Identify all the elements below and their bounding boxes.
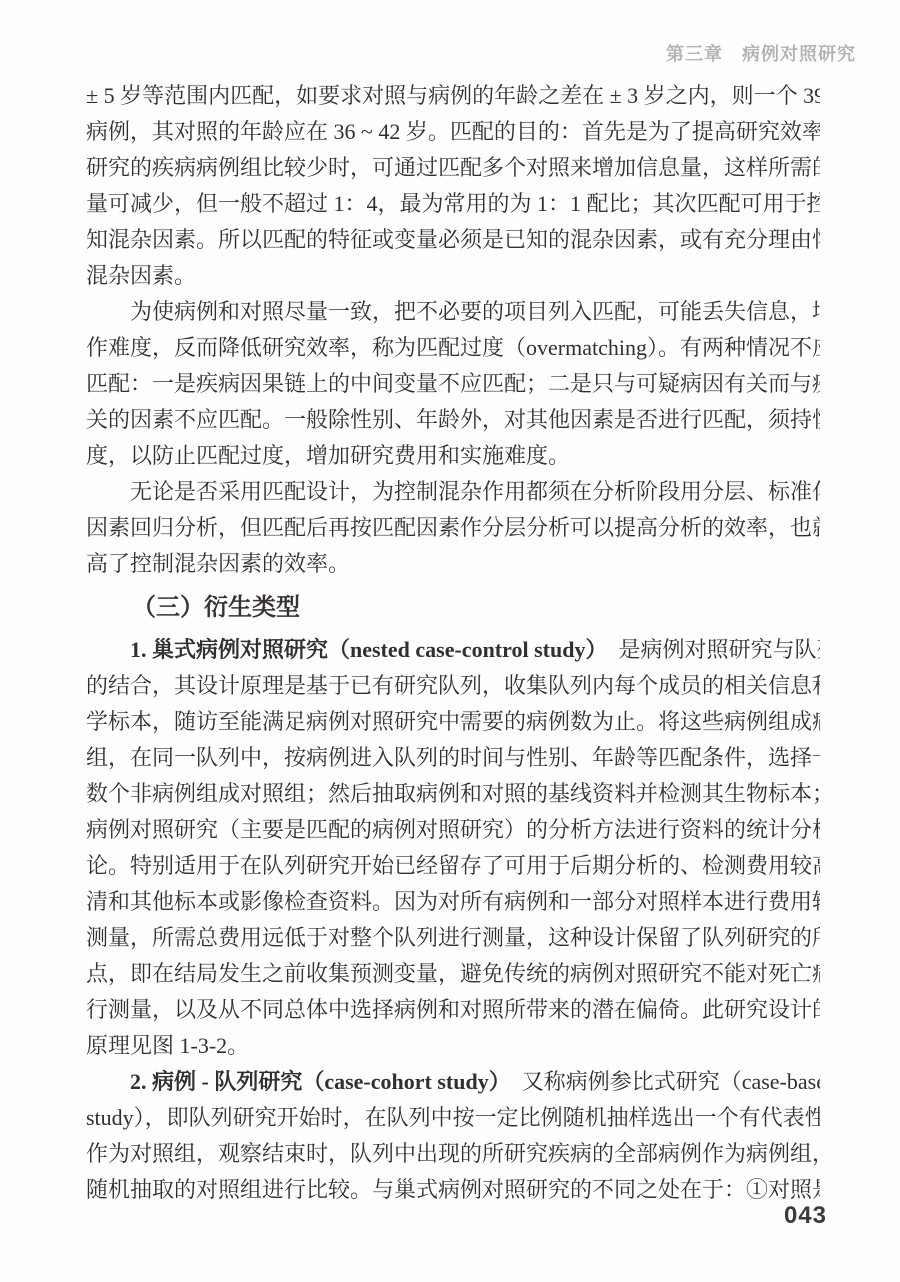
- text-line: 知混杂因素。所以匹配的特征或变量必须是已知的混杂因素，或有充分理由怀疑为: [86, 222, 820, 258]
- book-page: 第三章 病例对照研究 ± 5 岁等范围内匹配，如要求对照与病例的年龄之差在 ± …: [0, 0, 900, 1282]
- page-number: 043: [784, 1202, 827, 1230]
- text-segment: 数个非病例组成对照组；然后抽取病例和对照的基线资料并检测其生物标本；按照: [86, 781, 820, 806]
- text-segment: 原理见图 1-3-2。: [86, 1033, 249, 1058]
- text-segment: 度，以防止匹配过度，增加研究费用和实施难度。: [86, 443, 570, 468]
- text-segment: 无论是否采用匹配设计，为控制混杂作用都须在分析阶段用分层、标准化或多: [130, 479, 820, 504]
- text-segment: 作为对照组，观察结束时，队列中出现的所研究疾病的全部病例作为病例组，与上述: [86, 1141, 820, 1166]
- text-line: 量可减少，但一般不超过 1：4，最为常用的为 1：1 配比；其次匹配可用于控制已: [86, 186, 820, 222]
- text-segment: 测量，所需总费用远低于对整个队列进行测量，这种设计保留了队列研究的所有优: [86, 925, 820, 950]
- text-line: 1. 巢式病例对照研究（nested case-control study） 是…: [86, 632, 820, 668]
- text-line: 研究的疾病病例组比较少时，可通过匹配多个对照来增加信息量，这样所需的样本: [86, 150, 820, 186]
- text-line: 测量，所需总费用远低于对整个队列进行测量，这种设计保留了队列研究的所有优: [86, 920, 820, 956]
- text-line: 关的因素不应匹配。一般除性别、年龄外，对其他因素是否进行匹配，须持慎重态: [86, 402, 820, 438]
- text-line: 组，在同一队列中，按病例进入队列的时间与性别、年龄等匹配条件，选择一个或: [86, 740, 820, 776]
- text-line: 作为对照组，观察结束时，队列中出现的所研究疾病的全部病例作为病例组，与上述: [86, 1136, 820, 1172]
- paragraph: 无论是否采用匹配设计，为控制混杂作用都须在分析阶段用分层、标准化或多因素回归分析…: [86, 474, 820, 582]
- text-segment: 又称病例参比式研究（case-base reference: [500, 1069, 820, 1094]
- text-line: 原理见图 1-3-2。: [86, 1028, 820, 1064]
- text-segment: 点，即在结局发生之前收集预测变量，避免传统的病例对照研究不能对死亡病例进: [86, 961, 820, 986]
- text-segment: ± 5 岁等范围内匹配，如要求对照与病例的年龄之差在 ± 3 岁之内，则一个 3…: [86, 83, 820, 108]
- text-segment: 匹配：一是疾病因果链上的中间变量不应匹配；二是只与可疑病因有关而与疾病无: [86, 371, 820, 396]
- text-segment: 的结合，其设计原理是基于已有研究队列，收集队列内每个成员的相关信息和生物: [86, 673, 820, 698]
- text-line: 因素回归分析，但匹配后再按匹配因素作分层分析可以提高分析的效率，也就是提: [86, 510, 820, 546]
- text-line: 数个非病例组成对照组；然后抽取病例和对照的基线资料并检测其生物标本；按照: [86, 776, 820, 812]
- text-segment: 研究的疾病病例组比较少时，可通过匹配多个对照来增加信息量，这样所需的样本: [86, 155, 820, 180]
- paragraph: ± 5 岁等范围内匹配，如要求对照与病例的年龄之差在 ± 3 岁之内，则一个 3…: [86, 78, 820, 294]
- text-segment: 混杂因素。: [86, 263, 196, 288]
- text-segment: 病例，其对照的年龄应在 36 ~ 42 岁。匹配的目的：首先是为了提高研究效率，…: [86, 119, 820, 144]
- text-line: 论。特别适用于在队列研究开始已经留存了可用于后期分析的、检测费用较高的血: [86, 848, 820, 884]
- text-segment: 作难度，反而降低研究效率，称为匹配过度（overmatching）。有两种情况不…: [86, 335, 820, 360]
- text-line: 病例对照研究（主要是匹配的病例对照研究）的分析方法进行资料的统计分析和推: [86, 812, 820, 848]
- text-line: 作难度，反而降低研究效率，称为匹配过度（overmatching）。有两种情况不…: [86, 330, 820, 366]
- bold-term: 1. 巢式病例对照研究（nested case-control study）: [130, 637, 596, 662]
- text-line: 无论是否采用匹配设计，为控制混杂作用都须在分析阶段用分层、标准化或多: [86, 474, 820, 510]
- text-segment: 清和其他标本或影像检查资料。因为对所有病例和一部分对照样本进行费用较高的: [86, 889, 820, 914]
- text-line: 病例，其对照的年龄应在 36 ~ 42 岁。匹配的目的：首先是为了提高研究效率，…: [86, 114, 820, 150]
- text-segment: 因素回归分析，但匹配后再按匹配因素作分层分析可以提高分析的效率，也就是提: [86, 515, 820, 540]
- text-segment: 为使病例和对照尽量一致，把不必要的项目列入匹配，可能丢失信息，增加工: [130, 299, 820, 324]
- page-content: ± 5 岁等范围内匹配，如要求对照与病例的年龄之差在 ± 3 岁之内，则一个 3…: [86, 78, 820, 1208]
- text-segment: 学标本，随访至能满足病例对照研究中需要的病例数为止。将这些病例组成病例: [86, 709, 820, 734]
- text-segment: 关的因素不应匹配。一般除性别、年龄外，对其他因素是否进行匹配，须持慎重态: [86, 407, 820, 432]
- text-segment: 量可减少，但一般不超过 1：4，最为常用的为 1：1 配比；其次匹配可用于控制已: [86, 191, 820, 216]
- text-line: 2. 病例 - 队列研究（case-cohort study） 又称病例参比式研…: [86, 1064, 820, 1100]
- bold-term: 2. 病例 - 队列研究（case-cohort study）: [130, 1069, 500, 1094]
- text-line: 高了控制混杂因素的效率。: [86, 546, 820, 582]
- text-segment: 论。特别适用于在队列研究开始已经留存了可用于后期分析的、检测费用较高的血: [86, 853, 820, 878]
- text-segment: 病例对照研究（主要是匹配的病例对照研究）的分析方法进行资料的统计分析和推: [86, 817, 820, 842]
- text-line: 清和其他标本或影像检查资料。因为对所有病例和一部分对照样本进行费用较高的: [86, 884, 820, 920]
- text-line: 匹配：一是疾病因果链上的中间变量不应匹配；二是只与可疑病因有关而与疾病无: [86, 366, 820, 402]
- text-segment: 知混杂因素。所以匹配的特征或变量必须是已知的混杂因素，或有充分理由怀疑为: [86, 227, 820, 252]
- text-segment: 组，在同一队列中，按病例进入队列的时间与性别、年龄等匹配条件，选择一个或: [86, 745, 820, 770]
- paragraph: 为使病例和对照尽量一致，把不必要的项目列入匹配，可能丢失信息，增加工作难度，反而…: [86, 294, 820, 474]
- paragraph: 2. 病例 - 队列研究（case-cohort study） 又称病例参比式研…: [86, 1064, 820, 1208]
- text-segment: 行测量，以及从不同总体中选择病例和对照所带来的潜在偏倚。此研究设计的基本: [86, 997, 820, 1022]
- running-header: 第三章 病例对照研究: [666, 40, 856, 66]
- text-line: 行测量，以及从不同总体中选择病例和对照所带来的潜在偏倚。此研究设计的基本: [86, 992, 820, 1028]
- text-line: ± 5 岁等范围内匹配，如要求对照与病例的年龄之差在 ± 3 岁之内，则一个 3…: [86, 78, 820, 114]
- text-line: 点，即在结局发生之前收集预测变量，避免传统的病例对照研究不能对死亡病例进: [86, 956, 820, 992]
- text-segment: 是病例对照研究与队列研究: [596, 637, 820, 662]
- text-line: 学标本，随访至能满足病例对照研究中需要的病例数为止。将这些病例组成病例: [86, 704, 820, 740]
- text-segment: 高了控制混杂因素的效率。: [86, 551, 350, 576]
- text-line: 的结合，其设计原理是基于已有研究队列，收集队列内每个成员的相关信息和生物: [86, 668, 820, 704]
- section-heading: （三）衍生类型: [86, 586, 820, 630]
- text-line: study），即队列研究开始时，在队列中按一定比例随机抽样选出一个有代表性的样本: [86, 1100, 820, 1136]
- text-segment: 随机抽取的对照组进行比较。与巢式病例对照研究的不同之处在于：①对照是在队列: [86, 1177, 820, 1202]
- paragraph: 1. 巢式病例对照研究（nested case-control study） 是…: [86, 632, 820, 1064]
- text-line: 度，以防止匹配过度，增加研究费用和实施难度。: [86, 438, 820, 474]
- text-line: 随机抽取的对照组进行比较。与巢式病例对照研究的不同之处在于：①对照是在队列: [86, 1172, 820, 1208]
- text-segment: study），即队列研究开始时，在队列中按一定比例随机抽样选出一个有代表性的样本: [86, 1105, 820, 1130]
- text-line: 混杂因素。: [86, 258, 820, 294]
- text-line: 为使病例和对照尽量一致，把不必要的项目列入匹配，可能丢失信息，增加工: [86, 294, 820, 330]
